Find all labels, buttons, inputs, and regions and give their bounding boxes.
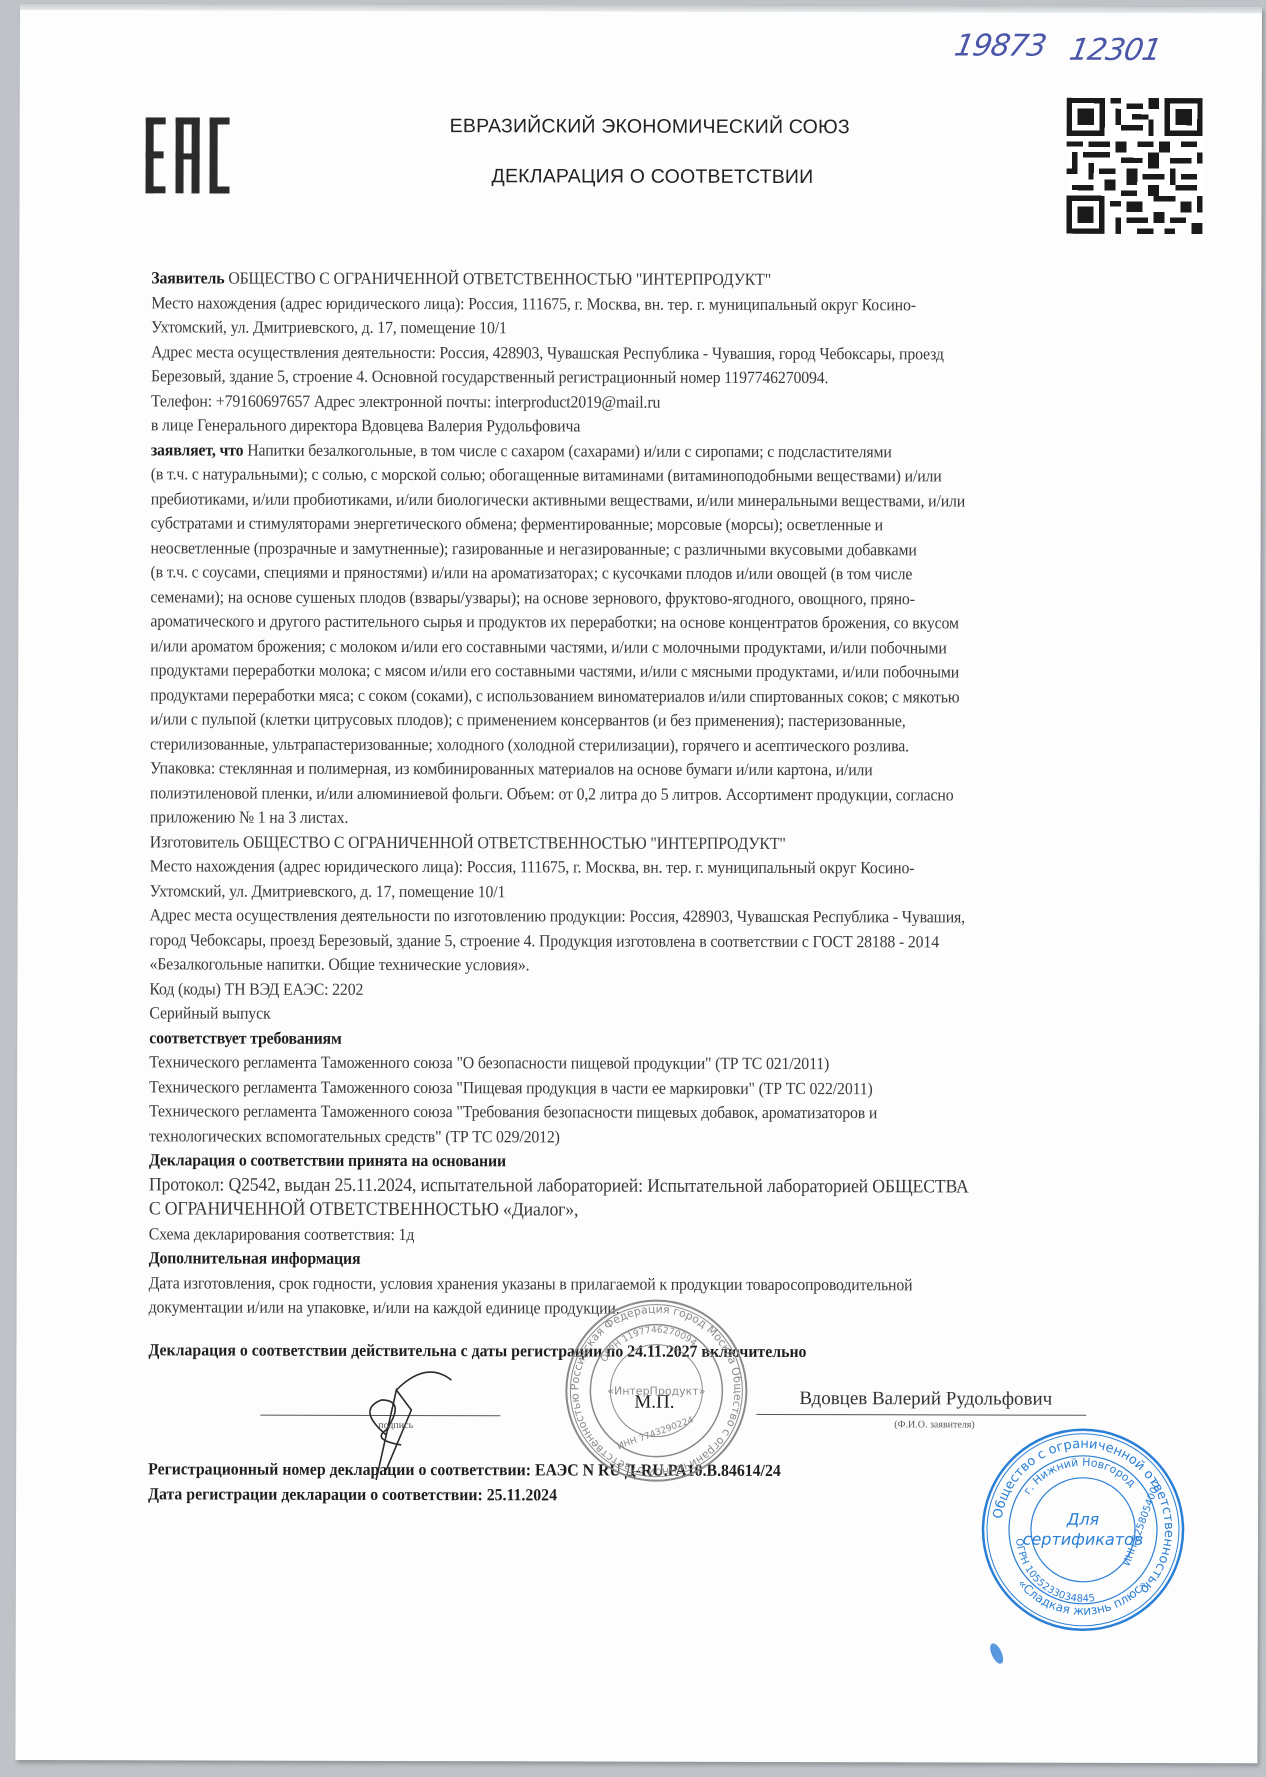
applicant-line: Заявитель ОБЩЕСТВО С ОГРАНИЧЕННОЙ ОТВЕТС… xyxy=(151,266,1146,293)
declaration-body: Заявитель ОБЩЕСТВО С ОГРАНИЧЕННОЙ ОТВЕТС… xyxy=(149,266,1222,1322)
packaging-description: приложению № 1 на 3 листах. xyxy=(150,805,1145,832)
manufacturer-detail: Ухтомский, ул. Дмитриевского, д. 17, пом… xyxy=(150,879,1145,906)
declares-label: заявляет, что xyxy=(151,440,244,459)
product-description: семенами); на основе сушеных плодов (взв… xyxy=(150,585,1145,612)
company-stamp-icon: Российская Федерация город Москва Общест… xyxy=(561,1295,751,1485)
registration-date: 25.11.2024 xyxy=(487,1485,557,1504)
qr-code-icon xyxy=(1066,98,1202,234)
manufacturer-detail: Адрес места осуществления деятельности п… xyxy=(150,903,1145,930)
registration-number-label: Регистрационный номер декларации о соотв… xyxy=(148,1459,531,1479)
product-description: продуктами переработки мяса; с соком (со… xyxy=(150,683,1145,710)
regulation-item: Технического регламента Таможенного союз… xyxy=(149,1075,1144,1102)
packaging-description: полиэтиленовой пленки, и/или алюминиевой… xyxy=(150,781,1145,808)
eac-logo-icon xyxy=(146,117,230,193)
applicant-detail: Место нахождения (адрес юридического лиц… xyxy=(151,291,1146,318)
hs-code: Код (коды) ТН ВЭД ЕАЭС: 2202 xyxy=(149,977,1144,1004)
product-description: продуктами переработки молока; с мясом и… xyxy=(150,658,1145,685)
basis-heading: Декларация о соответствии принята на осн… xyxy=(149,1148,1144,1175)
manufacturer-detail: Место нахождения (адрес юридического лиц… xyxy=(150,854,1145,881)
ink-smudge xyxy=(988,1641,1006,1665)
protocol-line: Протокол: Q2542, выдан 25.11.2024, испыт… xyxy=(149,1173,1144,1200)
declares-text: Напитки безалкогольные, в том числе с са… xyxy=(247,440,891,461)
manufacturer-name: ОБЩЕСТВО С ОГРАНИЧЕННОЙ ОТВЕТСТВЕННОСТЬЮ… xyxy=(243,832,786,852)
svg-text:сертификатов: сертификатов xyxy=(1023,1530,1144,1549)
declaration-page: 19873 12301 ЕВРАЗИЙСКИЙ ЭКОНОМИЧЕСКИЙ СО… xyxy=(15,4,1262,1763)
compliance-heading: соответствует требованиям xyxy=(149,1026,1144,1053)
signer-caption: (Ф.И.О. заявителя) xyxy=(894,1419,974,1430)
product-description: (в т.ч. с натуральными); с солью, с морс… xyxy=(151,462,1146,489)
registration-date-label: Дата регистрации декларации о соответств… xyxy=(148,1484,483,1504)
applicant-detail: в лице Генерального директора Вдовцева В… xyxy=(151,413,1146,440)
production-type: Серийный выпуск xyxy=(149,1001,1144,1028)
handwritten-number-2: 12301 xyxy=(1067,33,1164,68)
manufacturer-detail: «Безалкогольные напитки. Общие техническ… xyxy=(149,952,1144,979)
certification-stamp-icon: Общество с ограниченной ответственностью… xyxy=(978,1425,1189,1636)
additional-info: Дата изготовления, срок годности, услови… xyxy=(149,1271,1144,1298)
applicant-detail: Телефон: +79160697657 Адрес электронной … xyxy=(151,389,1146,416)
product-description: субстратами и стимуляторами энергетическ… xyxy=(151,511,1146,538)
declares-line: заявляет, что Напитки безалкогольные, в … xyxy=(151,438,1146,465)
signature-caption: подпись xyxy=(378,1420,413,1431)
product-description: пребиотиками, и/или пробиотиками, и/или … xyxy=(151,487,1146,514)
product-description: и/или с пульпой (клетки цитрусовых плодо… xyxy=(150,707,1145,734)
regulation-item: Технического регламента Таможенного союз… xyxy=(149,1099,1144,1126)
applicant-detail: Ухтомский, ул. Дмитриевского, д. 17, пом… xyxy=(151,315,1146,342)
regulation-item: технологических вспомогательных средств"… xyxy=(149,1124,1144,1151)
product-description: (в т.ч. с соусами, специями и пряностями… xyxy=(150,560,1145,587)
additional-info-heading: Дополнительная информация xyxy=(149,1246,1144,1273)
applicant-detail: Березовый, здание 5, строение 4. Основно… xyxy=(151,364,1146,391)
union-title: ЕВРАЗИЙСКИЙ ЭКОНОМИЧЕСКИЙ СОЮЗ xyxy=(450,115,850,139)
signer-name: Вдовцев Валерий Рудольфович xyxy=(799,1388,1052,1411)
manufacturer-detail: город Чебоксары, проезд Березовый, здани… xyxy=(150,928,1145,955)
applicant-name: ОБЩЕСТВО С ОГРАНИЧЕННОЙ ОТВЕТСТВЕННОСТЬЮ… xyxy=(228,269,771,289)
registration-date-line: Дата регистрации декларации о соответств… xyxy=(148,1484,557,1505)
protocol-line: С ОГРАНИЧЕННОЙ ОТВЕТСТВЕННОСТЬЮ «Диалог»… xyxy=(149,1197,1144,1224)
svg-text:«ИнтерПродукт»: «ИнтерПродукт» xyxy=(607,1385,705,1398)
declaration-scheme: Схема декларирования соответствия: 1д xyxy=(149,1222,1144,1249)
product-description: стерилизованные, ультрапастеризованные; … xyxy=(150,732,1145,759)
packaging-description: Упаковка: стеклянная и полимерная, из ко… xyxy=(150,756,1145,783)
product-description: и/или ароматом брожения; с молоком и/или… xyxy=(150,634,1145,661)
scan-edge xyxy=(20,4,1262,13)
document-title: ДЕКЛАРАЦИЯ О СООТВЕТСТВИИ xyxy=(492,165,814,189)
svg-text:ИНН 7743290224: ИНН 7743290224 xyxy=(616,1415,695,1452)
applicant-label: Заявитель xyxy=(151,268,224,287)
manufacturer-line: Изготовитель ОБЩЕСТВО С ОГРАНИЧЕННОЙ ОТВ… xyxy=(150,830,1145,857)
svg-text:Для: Для xyxy=(1066,1510,1100,1529)
handwritten-number-1: 19873 xyxy=(952,28,1049,63)
manufacturer-label: Изготовитель xyxy=(150,832,239,851)
signer-name-line xyxy=(756,1414,1086,1416)
applicant-detail: Адрес места осуществления деятельности: … xyxy=(151,340,1146,367)
product-description: неосветленные (прозрачные и замутненные)… xyxy=(151,536,1146,563)
regulation-item: Технического регламента Таможенного союз… xyxy=(149,1050,1144,1077)
product-description: ароматического и другого растительного с… xyxy=(150,609,1145,636)
